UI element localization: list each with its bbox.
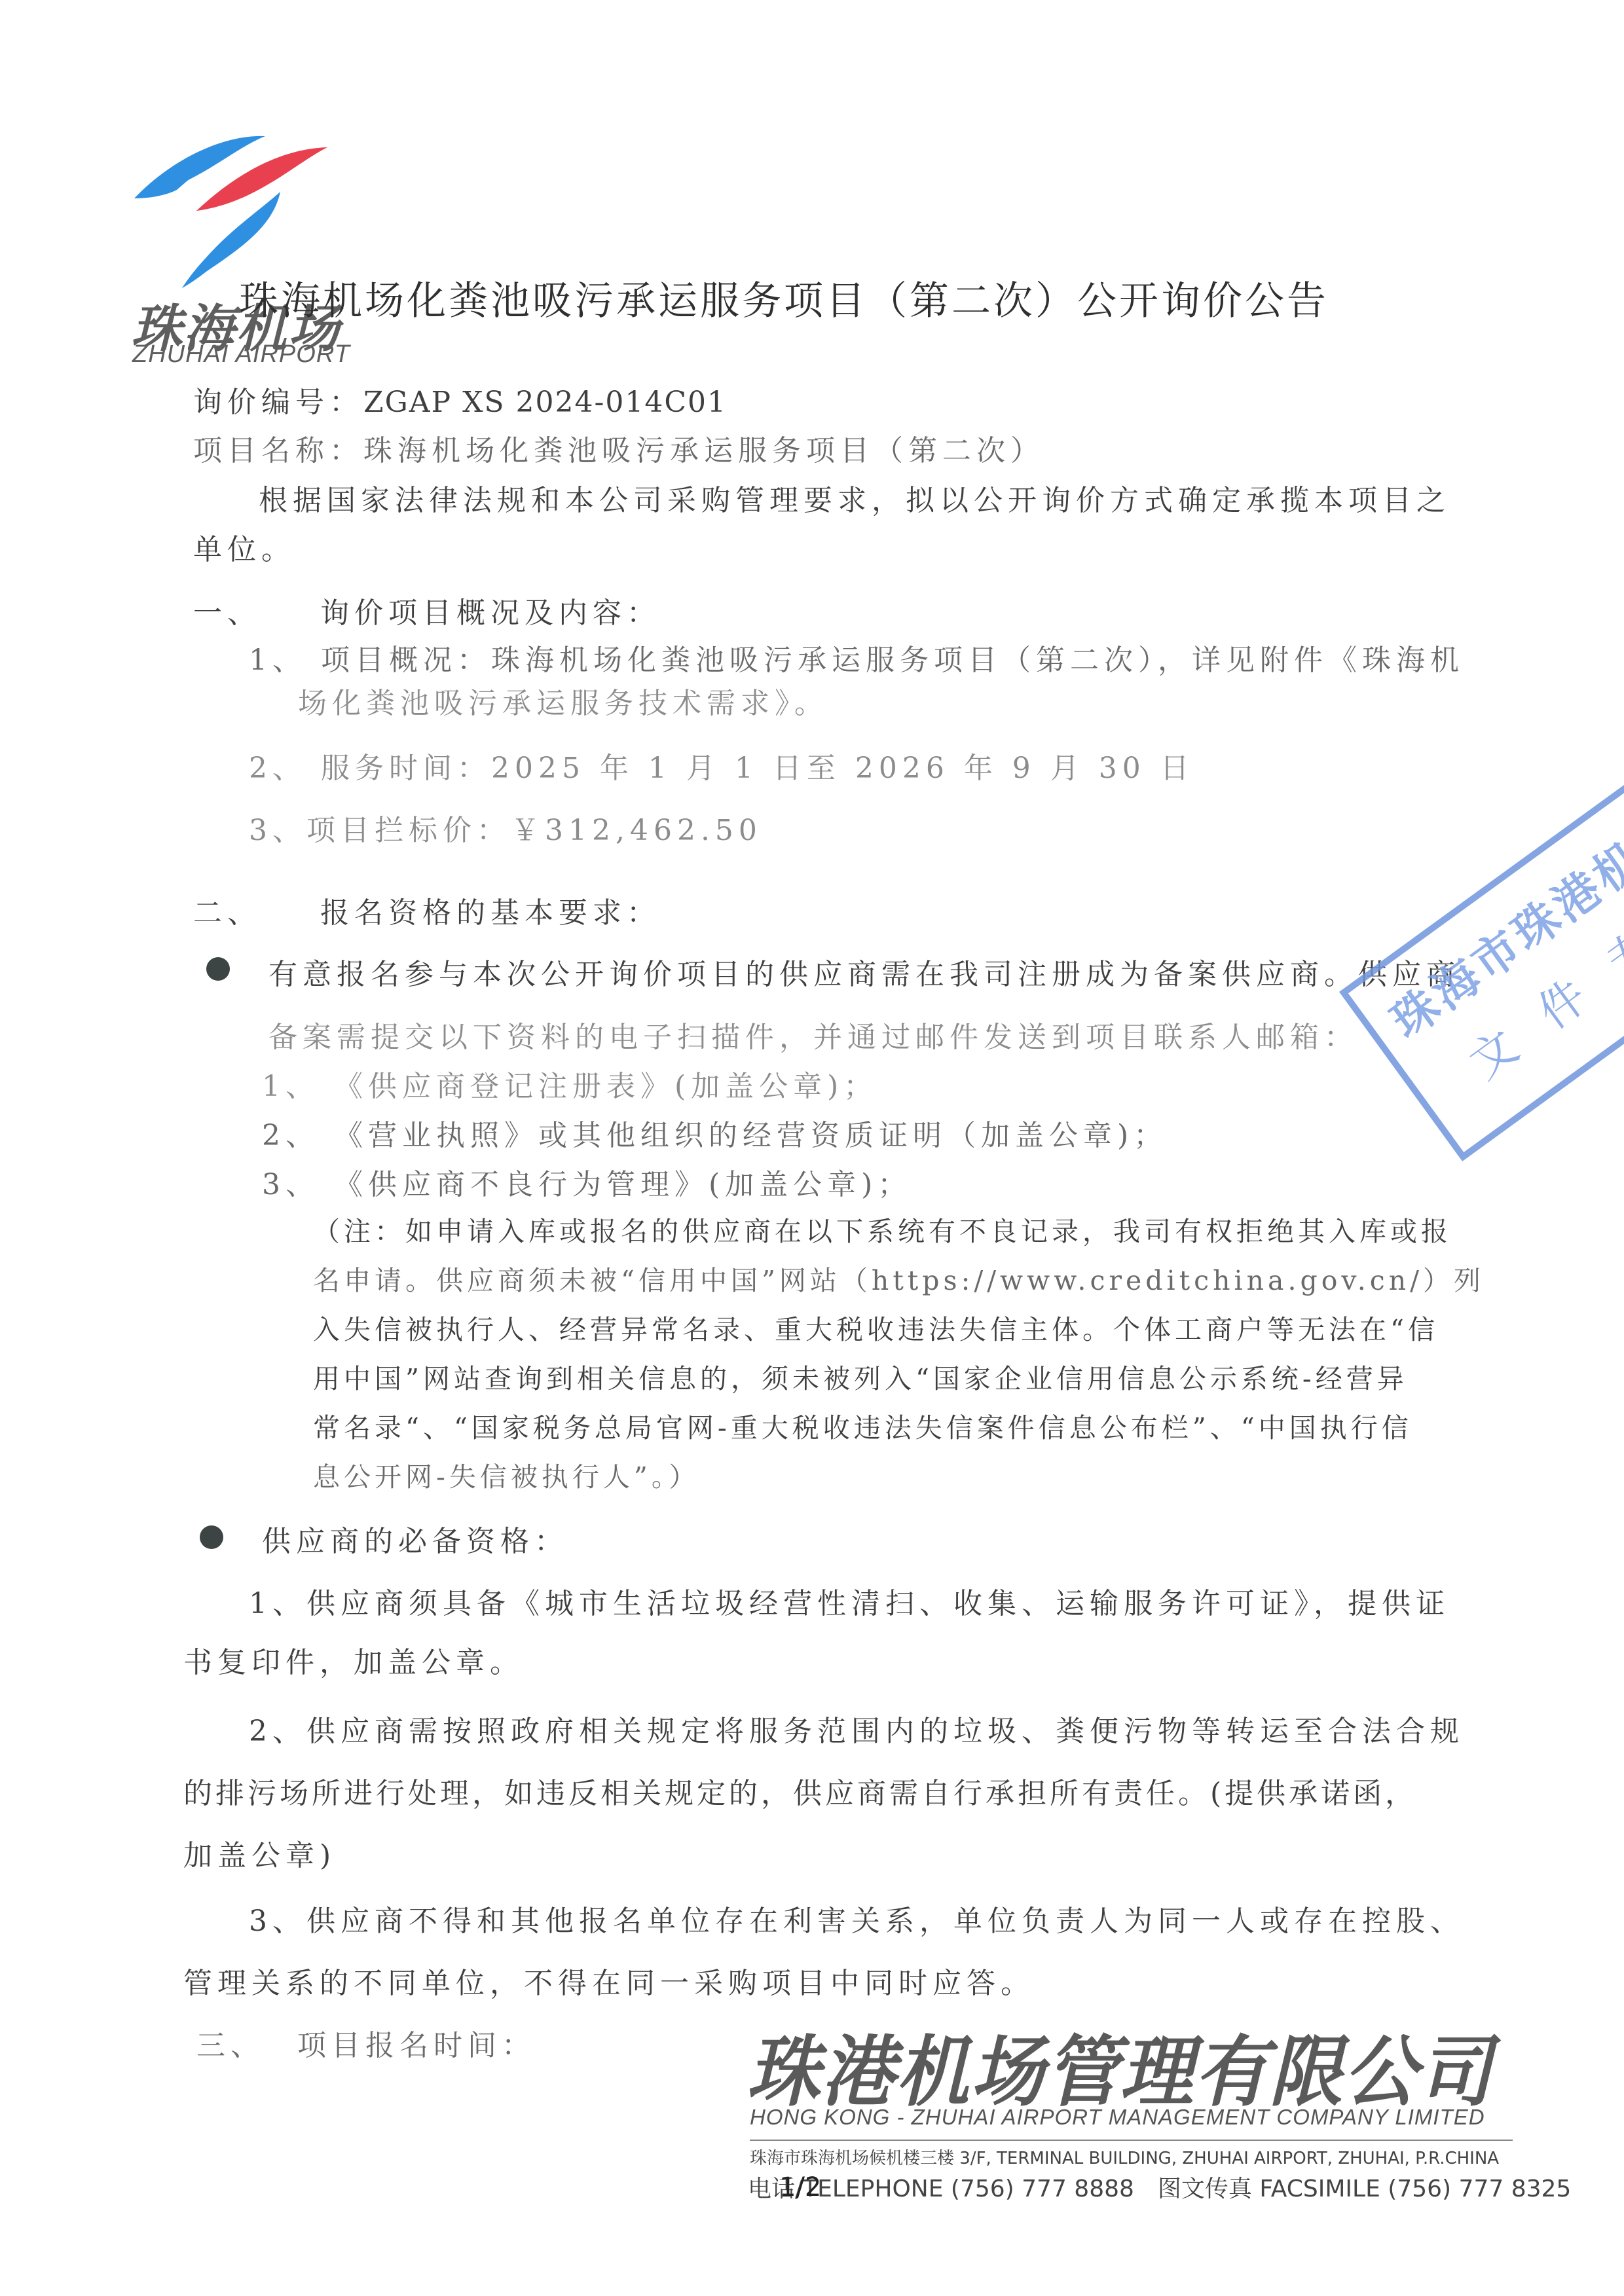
requirement-1-line-1: 1、供应商须具备《城市生活垃圾经营性清扫、收集、运输服务许可证》，提供证 — [249, 1580, 1450, 1622]
airport-wing-icon — [124, 115, 347, 291]
required-doc-1: 1、 《供应商登记注册表》(加盖公章)； — [262, 1063, 877, 1104]
requirement-2-line-3: 加盖公章) — [183, 1832, 336, 1874]
section-1-item-2: 2、 服务时间：2025 年 1 月 1 日至 2026 年 9 月 30 日 — [249, 744, 1194, 786]
project-name-value: 珠海机场化粪池吸污承运服务项目（第二次） — [363, 434, 1044, 467]
requirement-1-line-2: 书复印件，加盖公章。 — [183, 1639, 524, 1681]
bullet-icon — [200, 1525, 223, 1549]
required-doc-3: 3、 《供应商不良行为管理》(加盖公章)； — [262, 1161, 912, 1203]
note-line-6: 息公开网-失信被执行人”。） — [313, 1455, 699, 1494]
intro-line-1: 根据国家法律法规和本公司采购管理要求，拟以公开询价方式确定承揽本项目之 — [259, 477, 1450, 519]
requirement-2-line-1: 2、供应商需按照政府相关规定将服务范围内的垃圾、粪便污物等转运至合法合规 — [249, 1707, 1464, 1749]
note-line-5: 常名录“、“国家税务总局官网-重大税收违法失信案件信息公布栏”、“中国执行信 — [313, 1406, 1412, 1445]
bullet-icon — [206, 957, 230, 981]
section-1-item-3: 3、项目拦标价：￥312,462.50 — [249, 807, 762, 848]
logo-english-name: ZHUHAI AIRPORT — [132, 340, 350, 369]
bullet-1-line-2: 备案需提交以下资料的电子扫描件，并通过邮件发送到项目联系人邮箱： — [268, 1013, 1358, 1055]
bullet-1-line-1: 有意报名参与本次公开询价项目的供应商需在我司注册成为备案供应商。供应商 — [268, 951, 1460, 993]
section-1-number: 一、 — [193, 596, 261, 630]
inquiry-number-row: 询价编号：ZGAP XS 2024-014C01 — [193, 378, 727, 420]
section-1-title: 询价项目概况及内容： — [320, 596, 661, 630]
note-line-2: 名申请。供应商须未被“信用中国”网站（https://www.creditchi… — [313, 1259, 1485, 1298]
bullet-2-heading: 供应商的必备资格： — [262, 1518, 568, 1559]
section-2-number: 二、 — [193, 896, 261, 930]
inquiry-number-label: 询价编号： — [193, 386, 363, 419]
section-2-heading: 二、报名资格的基本要求： — [193, 889, 661, 931]
page-title: 珠海机场化粪池吸污承运服务项目（第二次）公开询价公告 — [239, 270, 1329, 326]
requirement-3-line-2: 管理关系的不同单位，不得在同一采购项目中同时应答。 — [183, 1959, 1035, 2001]
company-name-english: HONG KONG - ZHUHAI AIRPORT MANAGEMENT CO… — [750, 2105, 1485, 2130]
section-1-item-1-line-1: 1、 项目概况：珠海机场化粪池吸污承运服务项目（第二次），详见附件《珠海机 — [249, 636, 1464, 678]
section-3-number: 三、 — [196, 2029, 265, 2062]
inquiry-number-value: ZGAP XS 2024-014C01 — [363, 386, 727, 419]
section-1-item-1-line-2: 场化粪池吸污承运服务技术需求》。 — [298, 680, 828, 721]
requirement-2-line-2: 的排污场所进行处理，如违反相关规定的，供应商需自行承担所有责任。(提供承诺函， — [183, 1770, 1417, 1812]
airport-logo: 珠海机场 ZHUHAI AIRPORT — [124, 115, 360, 370]
project-name-row: 项目名称：珠海机场化粪池吸污承运服务项目（第二次） — [193, 427, 1044, 469]
required-doc-2: 2、 《营业执照》或其他组织的经营资质证明（加盖公章)； — [262, 1112, 1168, 1154]
note-line-4: 用中国”网站查询到相关信息的，须未被列入“国家企业信用信息公示系统-经营异 — [313, 1357, 1408, 1396]
section-1-heading: 一、询价项目概况及内容： — [193, 589, 661, 631]
note-line-3: 入失信被执行人、经营异常名录、重大税收违法失信主体。个体工商户等无法在“信 — [313, 1308, 1439, 1347]
section-3-heading: 三、项目报名时间： — [196, 2022, 536, 2064]
page-number: 1/2 — [779, 2172, 821, 2202]
intro-line-2: 单位。 — [193, 526, 295, 568]
company-fax: 图文传真 FACSIMILE (756) 777 8325 — [1158, 2176, 1571, 2202]
section-3-title: 项目报名时间： — [297, 2029, 536, 2062]
note-line-1: （注：如申请入库或报名的供应商在以下系统有不良记录，我司有权拒绝其入库或报 — [313, 1210, 1452, 1248]
company-address: 珠海市珠海机场候机楼三楼 3/F, TERMINAL BUILDING, ZHU… — [750, 2145, 1499, 2169]
project-name-label: 项目名称： — [193, 434, 363, 467]
requirement-3-line-1: 3、供应商不得和其他报名单位存在利害关系，单位负责人为同一人或存在控股、 — [249, 1897, 1464, 1939]
letterhead-divider — [750, 2140, 1513, 2141]
company-contact: 电话/TELEPHONE (756) 777 8888图文传真 FACSIMIL… — [748, 2170, 1571, 2204]
official-seal-stamp: 珠海市珠港机场管理 文件专用 — [1339, 769, 1624, 1161]
section-2-title: 报名资格的基本要求： — [320, 896, 661, 930]
